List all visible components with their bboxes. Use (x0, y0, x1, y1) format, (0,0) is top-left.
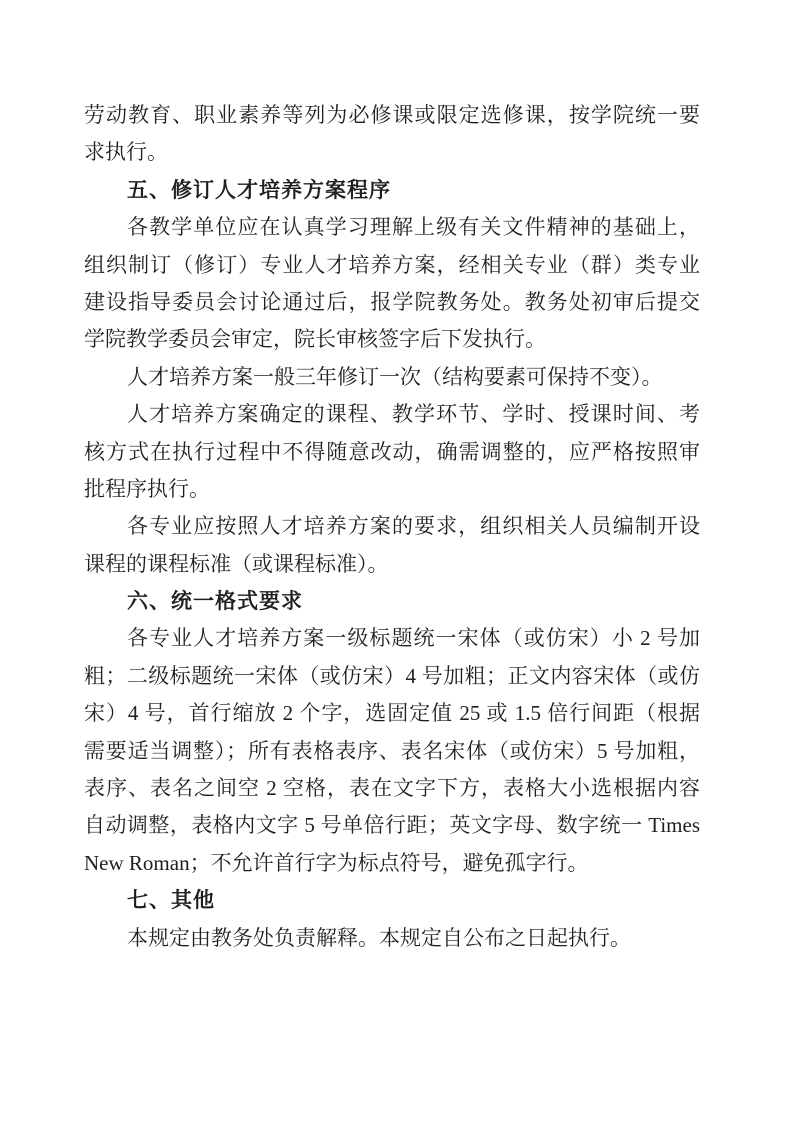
heading-line: 七、其他 (84, 882, 700, 919)
body-line: 批程序执行。 (84, 471, 700, 508)
document-page: 劳动教育、职业素养等列为必修课或限定选修课，按学院统一要求执行。五、修订人才培养… (0, 0, 794, 1122)
body-line: 建设指导委员会讨论通过后，报学院教务处。教务处初审后提交 (84, 284, 700, 321)
body-line: 需要适当调整）；所有表格表序、表名宋体（或仿宋）5 号加粗， (84, 733, 700, 770)
document-content: 劳动教育、职业素养等列为必修课或限定选修课，按学院统一要求执行。五、修订人才培养… (84, 97, 700, 957)
body-line: 人才培养方案一般三年修订一次（结构要素可保持不变）。 (84, 359, 700, 396)
heading-line: 五、修订人才培养方案程序 (84, 172, 700, 209)
body-line: 求执行。 (84, 134, 700, 171)
body-line: 学院教学委员会审定，院长审核签字后下发执行。 (84, 321, 700, 358)
body-line: 粗；二级标题统一宋体（或仿宋）4 号加粗；正文内容宋体（或仿 (84, 658, 700, 695)
body-line: 各专业人才培养方案一级标题统一宋体（或仿宋）小 2 号加 (84, 620, 700, 657)
heading-line: 六、统一格式要求 (84, 583, 700, 620)
body-line: 人才培养方案确定的课程、教学环节、学时、授课时间、考 (84, 396, 700, 433)
body-line: New Roman；不允许首行字为标点符号，避免孤字行。 (84, 845, 700, 882)
body-line: 组织制订（修订）专业人才培养方案，经相关专业（群）类专业 (84, 247, 700, 284)
body-line: 核方式在执行过程中不得随意改动，确需调整的，应严格按照审 (84, 434, 700, 471)
body-line: 自动调整，表格内文字 5 号单倍行距；英文字母、数字统一 Times (84, 807, 700, 844)
body-line: 本规定由教务处负责解释。本规定自公布之日起执行。 (84, 920, 700, 957)
body-line: 课程的课程标准（或课程标准）。 (84, 546, 700, 583)
body-line: 劳动教育、职业素养等列为必修课或限定选修课，按学院统一要 (84, 97, 700, 134)
body-line: 各教学单位应在认真学习理解上级有关文件精神的基础上， (84, 209, 700, 246)
body-line: 各专业应按照人才培养方案的要求，组织相关人员编制开设 (84, 508, 700, 545)
body-line: 表序、表名之间空 2 空格，表在文字下方，表格大小选根据内容 (84, 770, 700, 807)
body-line: 宋）4 号，首行缩放 2 个字，选固定值 25 或 1.5 倍行间距（根据 (84, 695, 700, 732)
